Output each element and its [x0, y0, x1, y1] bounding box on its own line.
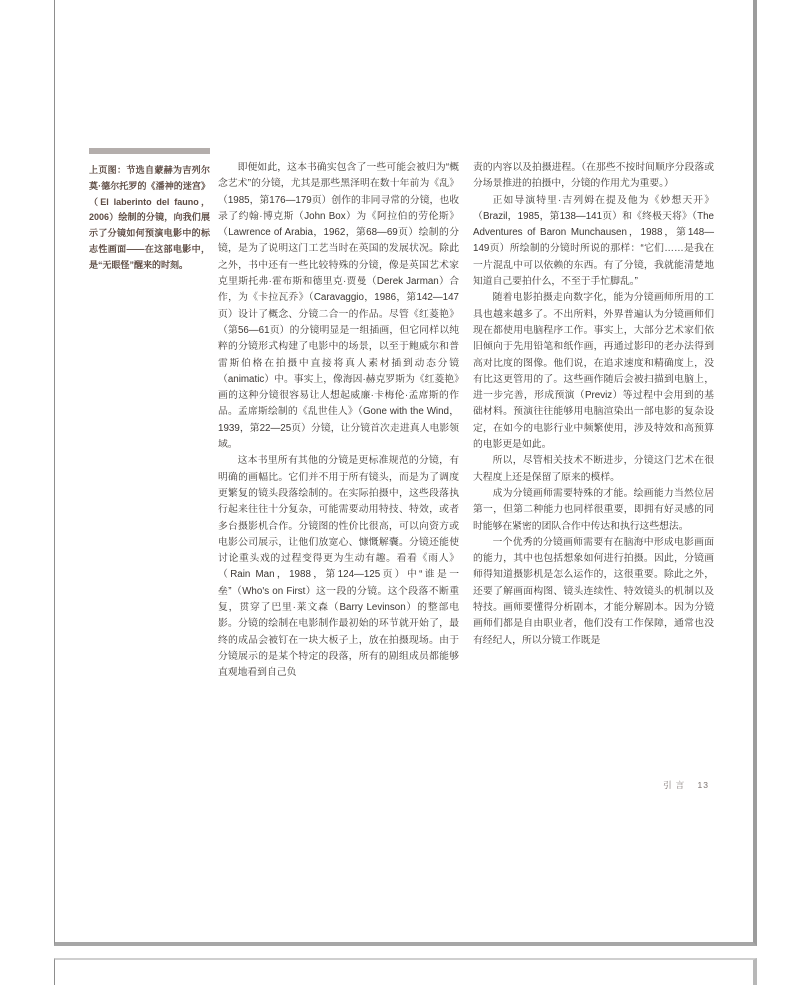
caption-rule-bar [89, 148, 210, 154]
margin-caption: 上页图：节选自蒙赫为吉列尔莫·德尔托罗的《潘神的迷宫》（El laberinto… [89, 148, 210, 274]
body-paragraph: 正如导演特里·吉列姆在提及他为《妙想天开》（Brazil，1985，第138—1… [473, 193, 714, 291]
text-column-left: 即便如此，这本书确实包含了一些可能会被归为“概念艺术”的分镜，尤其是那些黑泽明在… [218, 160, 459, 682]
previous-page-image-caption: 上页图：节选自蒙赫为吉列尔莫·德尔托罗的《潘神的迷宫》（El laberinto… [89, 163, 210, 274]
body-paragraph: 即便如此，这本书确实包含了一些可能会被归为“概念艺术”的分镜，尤其是那些黑泽明在… [218, 160, 459, 453]
body-paragraph: 这本书里所有其他的分镜是更标准规范的分镜，有明确的画幅比。它们并不用于所有镜头，… [218, 453, 459, 681]
body-paragraph: 所以，尽管相关技术不断进步，分镜这门艺术在很大程度上还是保留了原来的模样。 [473, 453, 714, 486]
body-paragraph: 一个优秀的分镜画师需要有在脑海中形成电影画面的能力，其中也包括想象如何进行拍摄。… [473, 535, 714, 649]
body-paragraph: 随着电影拍摄走向数字化，能为分镜画师所用的工具也越来越多了。不出所料，外界普遍认… [473, 290, 714, 453]
book-page: 上页图：节选自蒙赫为吉列尔莫·德尔托罗的《潘神的迷宫》（El laberinto… [54, 0, 757, 946]
body-paragraph: 成为分镜画师需要特殊的才能。绘画能力当然位居第一，但第二种能力也同样很重要，即拥… [473, 486, 714, 535]
page-footer: 引言 13 [663, 779, 709, 791]
footer-section-label: 引言 [663, 780, 688, 790]
footer-page-number: 13 [698, 780, 709, 790]
body-paragraph: 责的内容以及拍摄进程。（在那些不按时间顺序分段落或分场景推进的拍摄中，分镜的作用… [473, 160, 714, 193]
next-page-edge [54, 958, 757, 985]
text-column-right: 责的内容以及拍摄进程。（在那些不按时间顺序分段落或分场景推进的拍摄中，分镜的作用… [473, 160, 714, 649]
